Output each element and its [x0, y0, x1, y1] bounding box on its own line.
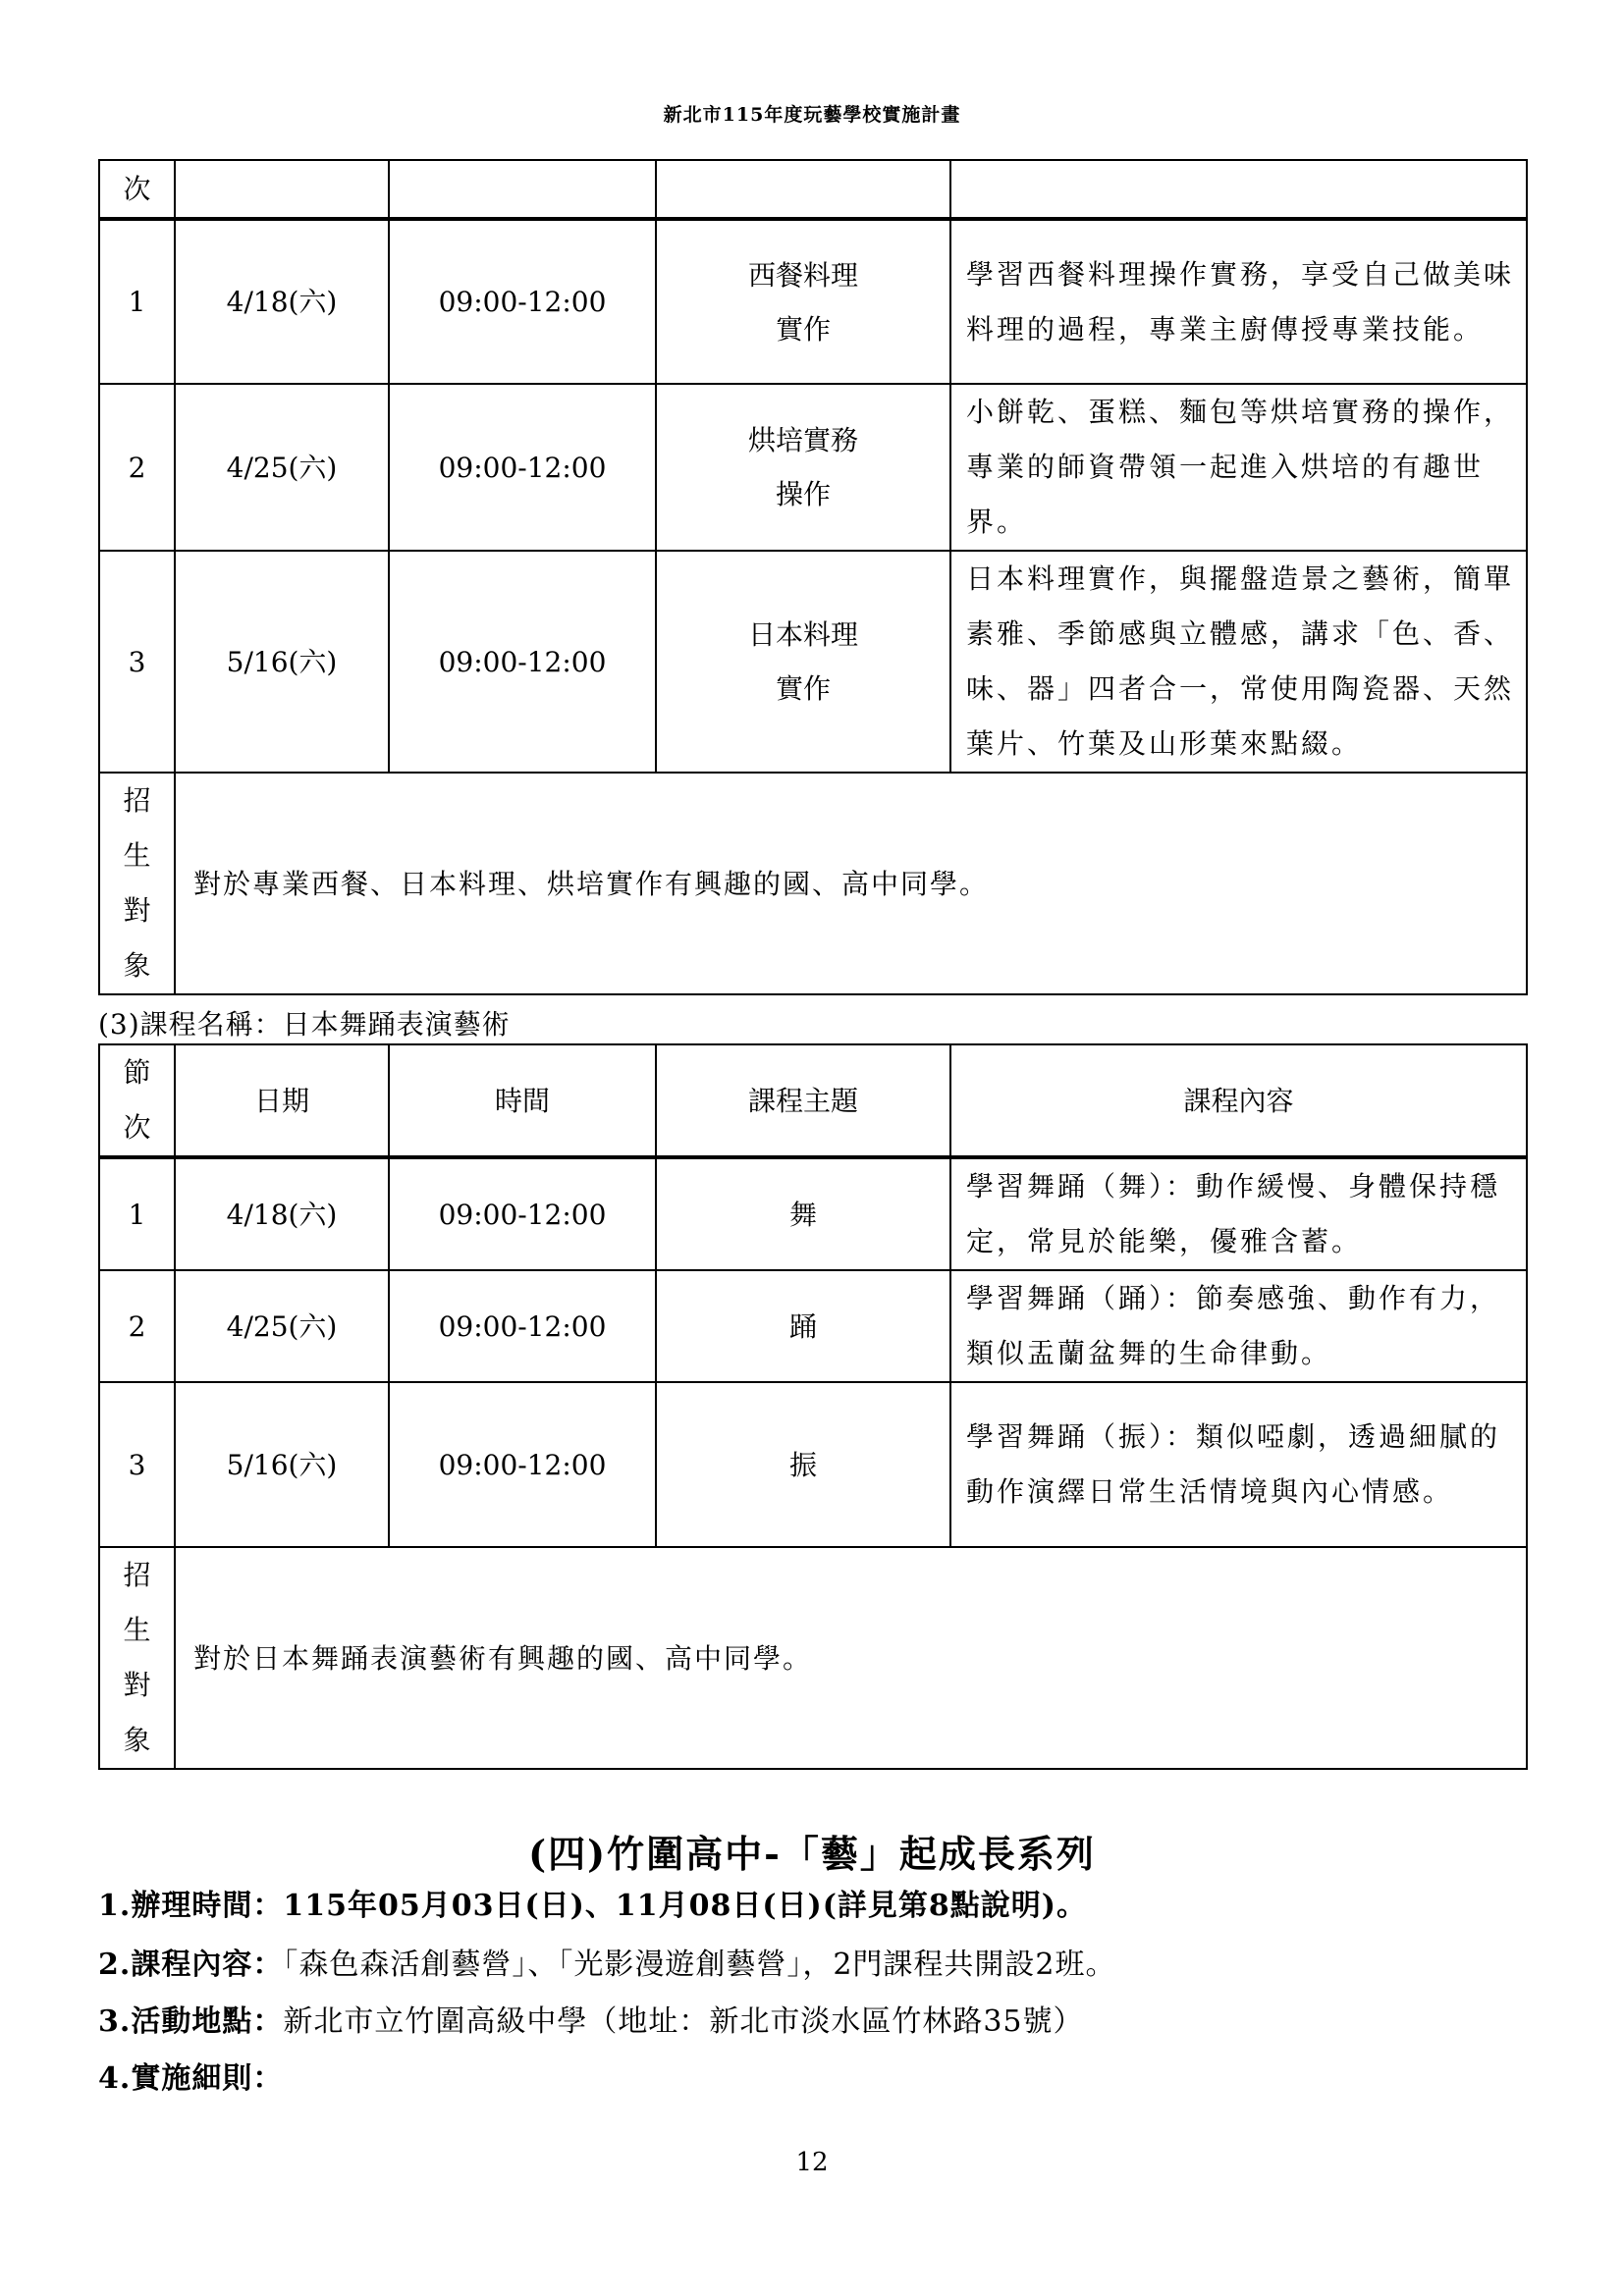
item-course-content: 2.課程內容：「森色森活創藝營」、「光影漫遊創藝營」，2門課程共開設2班。	[98, 1940, 1116, 1983]
session-time: 09:00-12:00	[389, 1382, 656, 1547]
enrollment-target-label: 招 生 對 象	[99, 1547, 175, 1769]
label-char: 象	[100, 938, 174, 993]
topic-line: 操作	[657, 467, 949, 521]
enrollment-target-label: 招 生 對 象	[99, 773, 175, 994]
label-char: 招	[100, 774, 174, 828]
enrollment-target-row: 招 生 對 象 對於專業西餐、日本料理、烘培實作有興趣的國、高中同學。	[99, 773, 1527, 994]
table-row: 2 4/25(六) 09:00-12:00 烘培實務 操作 小餅乾、蛋糕、麵包等…	[99, 384, 1527, 551]
session-date: 4/18(六)	[175, 1157, 389, 1270]
item-label: 2.課程內容：	[98, 1948, 283, 1982]
item-text: 新北市立竹圍高級中學（地址：新北市淡水區竹林路35號）	[283, 2004, 1083, 2039]
enrollment-target-text: 對於日本舞踊表演藝術有興趣的國、高中同學。	[175, 1547, 1527, 1769]
session-header: 節 次	[99, 1044, 175, 1157]
enrollment-target-row: 招 生 對 象 對於日本舞踊表演藝術有興趣的國、高中同學。	[99, 1547, 1527, 1769]
enrollment-target-text: 對於專業西餐、日本料理、烘培實作有興趣的國、高中同學。	[175, 773, 1527, 994]
session-topic: 烘培實務 操作	[656, 384, 950, 551]
session-content: 日本料理實作，與擺盤造景之藝術，簡單素雅、季節感與立體感，講求「色、香、味、器」…	[950, 551, 1527, 773]
table-header-row-continued: 次	[99, 160, 1527, 219]
topic-line: 實作	[657, 662, 949, 716]
session-date: 5/16(六)	[175, 1382, 389, 1547]
session-topic: 舞	[656, 1157, 950, 1270]
topic-line: 西餐料理	[657, 248, 949, 302]
topic-line: 日本料理	[657, 608, 949, 662]
session-topic: 振	[656, 1382, 950, 1547]
item-text: 115年05月03日(日)、11月08日(日)(詳見第8點說明)。	[283, 1889, 1087, 1923]
time-header: 時間	[389, 1044, 656, 1157]
item-label: 4.實施細則：	[98, 2061, 283, 2096]
item-schedule: 1.辦理時間：115年05月03日(日)、11月08日(日)(詳見第8點說明)。	[98, 1881, 1087, 1924]
page-number: 12	[0, 2148, 1624, 2177]
empty-header-cell	[389, 160, 656, 219]
item-text: 「森色森活創藝營」、「光影漫遊創藝營」，2門課程共開設2班。	[283, 1948, 1115, 1982]
table-row: 2 4/25(六) 09:00-12:00 踊 學習舞踊（踊）：節奏感強、動作有…	[99, 1270, 1527, 1382]
label-char: 對	[100, 1658, 174, 1713]
session-time: 09:00-12:00	[389, 219, 656, 384]
header-char: 節	[100, 1045, 174, 1100]
session-number: 2	[99, 1270, 175, 1382]
label-char: 象	[100, 1713, 174, 1768]
session-time: 09:00-12:00	[389, 551, 656, 773]
topic-line: 實作	[657, 302, 949, 356]
empty-header-cell	[656, 160, 950, 219]
empty-header-cell	[950, 160, 1527, 219]
label-char: 對	[100, 883, 174, 938]
page-header-title: 新北市115年度玩藝學校實施計畫	[0, 100, 1624, 127]
cooking-course-schedule-table: 次 1 4/18(六) 09:00-12:00 西餐料理 實作 學習西餐料理操作…	[98, 159, 1528, 995]
item-label: 3.活動地點：	[98, 2004, 283, 2039]
topic-line: 烘培實務	[657, 413, 949, 467]
session-content: 學習舞踊（舞）：動作緩慢、身體保持穩定，常見於能樂，優雅含蓄。	[950, 1157, 1527, 1270]
course-3-title: (3)課程名稱：日本舞踊表演藝術	[98, 1003, 511, 1042]
date-header: 日期	[175, 1044, 389, 1157]
table-row: 3 5/16(六) 09:00-12:00 日本料理 實作 日本料理實作，與擺盤…	[99, 551, 1527, 773]
item-implementation-rules: 4.實施細則：	[98, 2054, 283, 2097]
session-topic: 踊	[656, 1270, 950, 1382]
label-char: 生	[100, 828, 174, 883]
table-row: 1 4/18(六) 09:00-12:00 西餐料理 實作 學習西餐料理操作實務…	[99, 219, 1527, 384]
session-content: 小餅乾、蛋糕、麵包等烘培實務的操作，專業的師資帶領一起進入烘培的有趣世界。	[950, 384, 1527, 551]
label-char: 生	[100, 1603, 174, 1658]
dance-course-schedule-table: 節 次 日期 時間 課程主題 課程內容 1 4/18(六) 09:00-12:0…	[98, 1043, 1528, 1770]
label-char: 招	[100, 1548, 174, 1603]
header-char: 次	[100, 1100, 174, 1155]
session-number: 3	[99, 551, 175, 773]
item-location: 3.活動地點：新北市立竹圍高級中學（地址：新北市淡水區竹林路35號）	[98, 1997, 1084, 2040]
session-date: 4/25(六)	[175, 384, 389, 551]
session-content: 學習舞踊（踊）：節奏感強、動作有力，類似盂蘭盆舞的生命律動。	[950, 1270, 1527, 1382]
session-content: 學習舞踊（振）：類似啞劇，透過細膩的動作演繹日常生活情境與內心情感。	[950, 1382, 1527, 1547]
session-topic: 日本料理 實作	[656, 551, 950, 773]
session-time: 09:00-12:00	[389, 1270, 656, 1382]
section-4-title: (四)竹圍高中-「藝」起成長系列	[0, 1824, 1624, 1878]
session-time: 09:00-12:00	[389, 384, 656, 551]
topic-header: 課程主題	[656, 1044, 950, 1157]
table-header-row: 節 次 日期 時間 課程主題 課程內容	[99, 1044, 1527, 1157]
session-number: 2	[99, 384, 175, 551]
table-row: 1 4/18(六) 09:00-12:00 舞 學習舞踊（舞）：動作緩慢、身體保…	[99, 1157, 1527, 1270]
session-number: 1	[99, 219, 175, 384]
session-number: 1	[99, 1157, 175, 1270]
session-date: 4/18(六)	[175, 219, 389, 384]
session-content: 學習西餐料理操作實務，享受自己做美味料理的過程，專業主廚傳授專業技能。	[950, 219, 1527, 384]
session-date: 5/16(六)	[175, 551, 389, 773]
empty-header-cell	[175, 160, 389, 219]
item-label: 1.辦理時間：	[98, 1889, 283, 1923]
session-topic: 西餐料理 實作	[656, 219, 950, 384]
session-date: 4/25(六)	[175, 1270, 389, 1382]
session-header-cell: 次	[99, 160, 175, 219]
session-number: 3	[99, 1382, 175, 1547]
session-time: 09:00-12:00	[389, 1157, 656, 1270]
content-header: 課程內容	[950, 1044, 1527, 1157]
table-row: 3 5/16(六) 09:00-12:00 振 學習舞踊（振）：類似啞劇，透過細…	[99, 1382, 1527, 1547]
